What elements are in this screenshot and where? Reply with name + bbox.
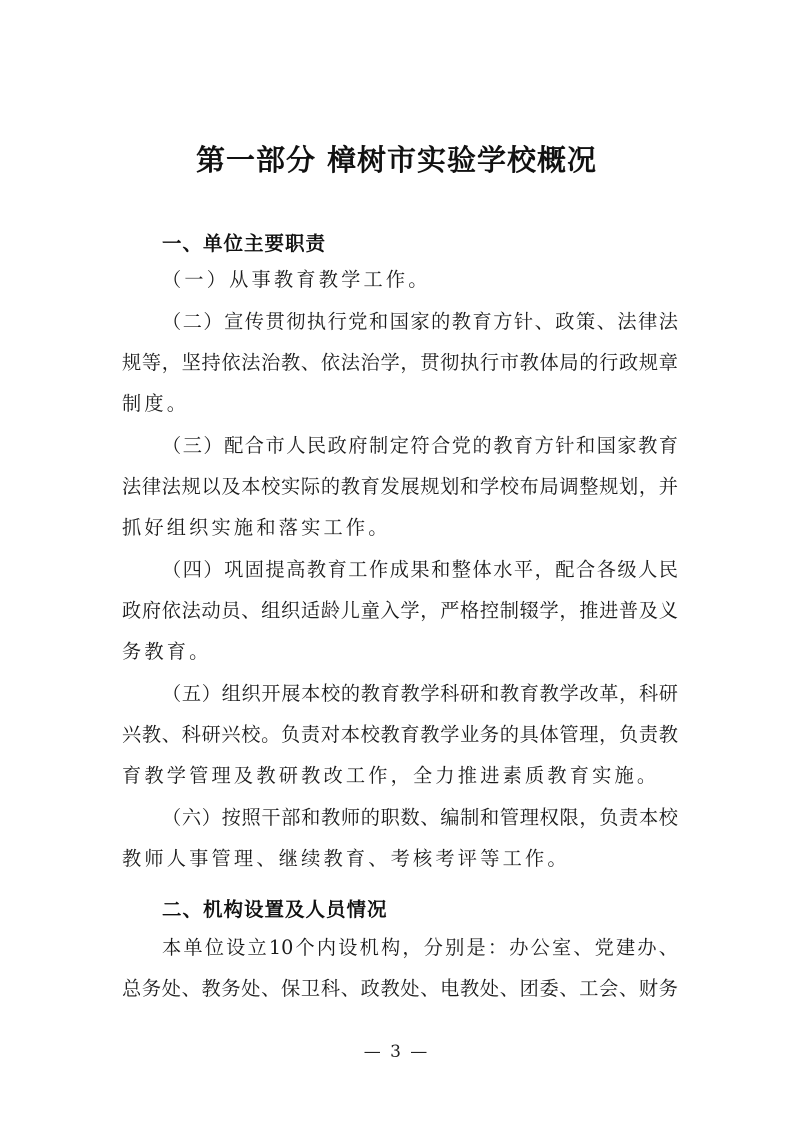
- paragraph-line: 抓好组织实施和落实工作。: [122, 516, 678, 540]
- document-page: 第一部分 樟树市实验学校概况 一、单位主要职责 （一）从事教育教学工作。 （二）…: [0, 0, 793, 1122]
- paragraph-line: （四）巩固提高教育工作成果和整体水平，配合各级人民: [162, 558, 678, 582]
- paragraph-line: （六）按照干部和教师的职数、编制和管理权限，负责本校: [162, 806, 678, 830]
- paragraph-line: 教师人事管理、继续教育、考核考评等工作。: [122, 847, 678, 871]
- section-heading-duties: 一、单位主要职责: [162, 228, 326, 256]
- section-heading-organization: 二、机构设置及人员情况: [162, 894, 388, 922]
- paragraph-line: （一）从事教育教学工作。: [162, 268, 678, 292]
- paragraph-line: 兴教、科研兴校。负责对本校教育教学业务的具体管理，负责教: [122, 723, 678, 747]
- paragraph-line: （三）配合市人民政府制定符合党的教育方针和国家教育: [162, 434, 678, 458]
- paragraph-line: 育教学管理及教研教改工作，全力推进素质教育实施。: [122, 764, 678, 788]
- paragraph-line: （五）组织开展本校的教育教学科研和教育教学改革，科研: [162, 682, 678, 706]
- page-number: — 3 —: [0, 1042, 793, 1062]
- paragraph-line: 法律法规以及本校实际的教育发展规划和学校布局调整规划，并: [122, 475, 678, 499]
- paragraph-line: （二）宣传贯彻执行党和国家的教育方针、政策、法律法: [162, 310, 678, 334]
- paragraph-line: 制度。: [122, 392, 678, 416]
- page-title: 第一部分 樟树市实验学校概况: [0, 138, 793, 179]
- paragraph-line: 政府依法动员、组织适龄儿童入学，严格控制辍学，推进普及义: [122, 599, 678, 623]
- paragraph-line: 务教育。: [122, 640, 678, 664]
- paragraph-line: 本单位设立10个内设机构，分别是：办公室、党建办、: [162, 936, 678, 960]
- paragraph-line: 总务处、教务处、保卫科、政教处、电教处、团委、工会、财务: [122, 977, 678, 1001]
- paragraph-line: 规等，坚持依法治教、依法治学，贯彻执行市教体局的行政规章: [122, 351, 678, 375]
